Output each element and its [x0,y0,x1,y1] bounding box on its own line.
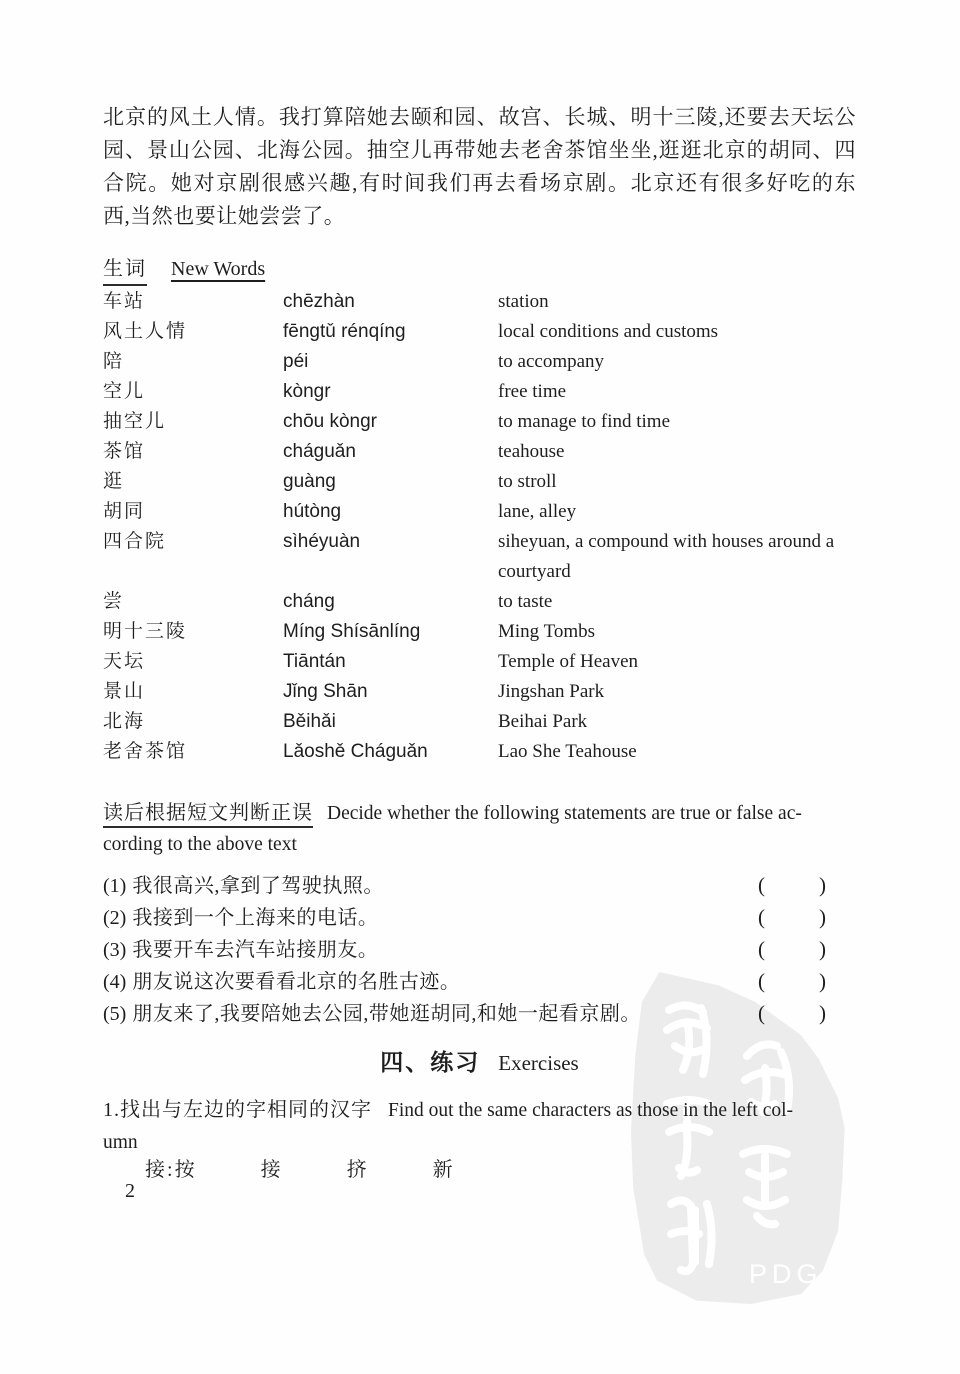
item-statement: 我要开车去汽车站接朋友。 [132,933,758,962]
vocab-english: lane, alley [498,497,856,527]
vocab-row: 陪 péi to accompany [103,347,856,377]
bracket-close: ) [819,937,826,962]
vocab-english: teahouse [498,437,856,467]
vocab-pinyin: sìhéyuàn [283,527,498,557]
vocab-hanzi: 景山 [103,677,283,707]
character-candidate: 挤 [347,1159,369,1181]
vocab-pinyin: guàng [283,467,498,497]
vocab-english: Jingshan Park [498,677,856,707]
bracket-close: ) [819,969,826,994]
vocab-row: 明十三陵 Míng Shísānlíng Ming Tombs [103,617,856,647]
vocab-row: 风土人情 fēngtǔ rénqíng local conditions and… [103,317,856,347]
vocab-english: to accompany [498,347,856,377]
vocab-row: 车站 chēzhàn station [103,287,856,317]
exercise-1-en-line1: Find out the same characters as those in… [388,1100,793,1121]
vocab-row: 空儿 kòngr free time [103,377,856,407]
vocab-pinyin: Míng Shísānlíng [283,617,498,647]
vocab-hanzi: 空儿 [103,377,283,407]
vocab-hanzi: 天坛 [103,647,283,677]
vocab-pinyin: chōu kòngr [283,407,498,437]
true-false-heading: 读后根据短文判断正误Decide whether the following s… [103,798,856,860]
page-content: 北京的风土人情。我打算陪她去颐和园、故宫、长城、明十三陵,还要去天坛公 园、景山… [103,0,856,1374]
exercises-heading-zh: 四、练习 [380,1050,480,1075]
vocab-english: Ming Tombs [498,617,856,647]
exercise-1-character-row: 接:按接挤新 [145,1153,455,1182]
vocab-pinyin: Jǐng Shān [283,677,498,707]
true-false-item: (1) 我很高兴,拿到了驾驶执照。 () [103,869,856,901]
exercises-heading: 四、练习Exercises [103,1044,856,1077]
vocab-pinyin: cháguǎn [283,437,498,467]
answer-brackets: () [758,1001,826,1026]
vocab-pinyin: péi [283,347,498,377]
true-false-items: (1) 我很高兴,拿到了驾驶执照。 () (2) 我接到一个上海来的电话。 ()… [103,869,856,1029]
paragraph-line: 园、景山公园、北海公园。抽空儿再带她去老舍茶馆坐坐,逛逛北京的胡同、四 [103,134,856,167]
true-false-heading-en-line1: Decide whether the following statements … [327,803,802,824]
exercise-1-zh: 1.找出与左边的字相同的汉字 [103,1099,372,1121]
vocab-english: Temple of Heaven [498,647,856,677]
vocab-hanzi: 北海 [103,707,283,737]
vocab-english: siheyuan, a compound with houses around … [498,527,856,587]
bracket-close: ) [819,873,826,898]
item-number: (1) [103,875,126,898]
vocab-english: to taste [498,587,856,617]
exercises-heading-en: Exercises [498,1051,578,1075]
vocab-hanzi: 茶馆 [103,437,283,467]
true-false-heading-en-line2: cording to the above text [103,829,856,860]
vocab-english: Lao She Teahouse [498,737,856,767]
vocab-hanzi: 明十三陵 [103,617,283,647]
vocab-hanzi: 老舍茶馆 [103,737,283,767]
true-false-item: (4) 朋友说这次要看看北京的名胜古迹。 () [103,965,856,997]
vocab-row: 抽空儿 chōu kòngr to manage to find time [103,407,856,437]
page-number: 2 [125,1180,135,1203]
vocab-row: 四合院 sìhéyuàn siheyuan, a compound with h… [103,527,856,587]
vocab-row: 北海 Běihǎi Beihai Park [103,707,856,737]
vocab-english: station [498,287,856,317]
textbook-page: PDG 北京的风土人情。我打算陪她去颐和园、故宫、长城、明十三陵,还要去天坛公 … [0,0,960,1374]
opening-paragraph: 北京的风土人情。我打算陪她去颐和园、故宫、长城、明十三陵,还要去天坛公 园、景山… [103,101,856,233]
character-candidate: 新 [433,1159,455,1181]
vocab-pinyin: Tiāntán [283,647,498,677]
answer-brackets: () [758,873,826,898]
paragraph-line: 合院。她对京剧很感兴趣,有时间我们再去看场京剧。北京还有很多好吃的东 [103,167,856,200]
vocab-row: 老舍茶馆 Lǎoshě Cháguǎn Lao She Teahouse [103,737,856,767]
vocab-hanzi: 抽空儿 [103,407,283,437]
item-statement: 我很高兴,拿到了驾驶执照。 [132,869,758,898]
true-false-item: (5) 朋友来了,我要陪她去公园,带她逛胡同,和她一起看京剧。 () [103,997,856,1029]
vocab-hanzi: 车站 [103,287,283,317]
exercise-1-instruction: 1.找出与左边的字相同的汉字Find out the same characte… [103,1094,856,1159]
vocab-row: 天坛 Tiāntán Temple of Heaven [103,647,856,677]
vocab-english: to stroll [498,467,856,497]
vocab-row: 茶馆 cháguǎn teahouse [103,437,856,467]
vocab-row: 逛 guàng to stroll [103,467,856,497]
new-words-heading-zh: 生词 [103,252,147,286]
item-number: (3) [103,939,126,962]
vocab-english: local conditions and customs [498,317,856,347]
answer-brackets: () [758,969,826,994]
true-false-item: (3) 我要开车去汽车站接朋友。 () [103,933,856,965]
vocab-pinyin: kòngr [283,377,498,407]
item-statement: 朋友来了,我要陪她去公园,带她逛胡同,和她一起看京剧。 [132,997,758,1026]
item-statement: 朋友说这次要看看北京的名胜古迹。 [132,965,758,994]
true-false-heading-zh: 读后根据短文判断正误 [103,802,313,828]
vocab-pinyin: fēngtǔ rénqíng [283,317,498,347]
new-words-heading-en: New Words [171,258,265,281]
bracket-open: ( [758,937,765,962]
character-candidate: 接 [261,1159,283,1181]
vocab-hanzi: 风土人情 [103,317,283,347]
vocab-row: 景山 Jǐng Shān Jingshan Park [103,677,856,707]
item-number: (5) [103,1003,126,1026]
new-words-heading: 生词New Words [103,252,265,286]
vocab-english: free time [498,377,856,407]
bracket-close: ) [819,905,826,930]
bracket-close: ) [819,1001,826,1026]
true-false-section: 读后根据短文判断正误Decide whether the following s… [103,798,856,1029]
vocabulary-list: 车站 chēzhàn station 风土人情 fēngtǔ rénqíng l… [103,287,856,767]
vocab-pinyin: hútòng [283,497,498,527]
vocab-english: to manage to find time [498,407,856,437]
paragraph-line: 西,当然也要让她尝尝了。 [103,200,856,233]
vocab-pinyin: chēzhàn [283,287,498,317]
bracket-open: ( [758,873,765,898]
item-statement: 我接到一个上海来的电话。 [132,901,758,930]
vocab-pinyin: cháng [283,587,498,617]
answer-brackets: () [758,937,826,962]
vocab-english: Beihai Park [498,707,856,737]
bracket-open: ( [758,905,765,930]
vocab-row: 胡同 hútòng lane, alley [103,497,856,527]
true-false-item: (2) 我接到一个上海来的电话。 () [103,901,856,933]
vocab-row: 尝 cháng to taste [103,587,856,617]
answer-brackets: () [758,905,826,930]
bracket-open: ( [758,969,765,994]
character-candidate: 按 [175,1159,197,1181]
vocab-pinyin: Běihǎi [283,707,498,737]
vocab-hanzi: 四合院 [103,527,283,557]
bracket-open: ( [758,1001,765,1026]
vocab-hanzi: 陪 [103,347,283,377]
item-number: (4) [103,971,126,994]
vocab-pinyin: Lǎoshě Cháguǎn [283,737,498,767]
vocab-hanzi: 尝 [103,587,283,617]
vocab-hanzi: 胡同 [103,497,283,527]
paragraph-line: 北京的风土人情。我打算陪她去颐和园、故宫、长城、明十三陵,还要去天坛公 [103,101,856,134]
character-prompt: 接: [145,1159,175,1181]
vocab-hanzi: 逛 [103,467,283,497]
item-number: (2) [103,907,126,930]
